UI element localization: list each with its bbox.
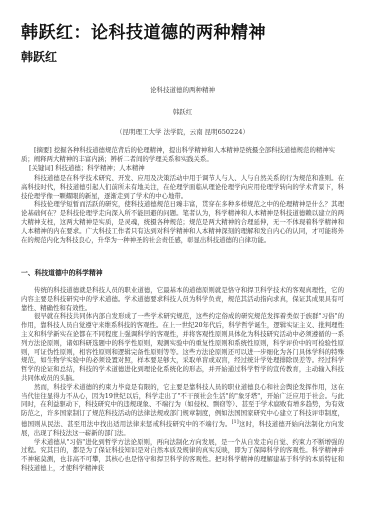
article-affiliation: （昆明理工大学 法学院，云南 昆明650224）: [0, 127, 365, 136]
abstract-label: [摘要]: [34, 146, 52, 154]
abstract-block: [摘要] 挖掘各种科技道德规范背后的伦理精神，提出科学精神和人本精神是统摄全部科…: [21, 146, 344, 172]
section-paragraph: 学术道德从"习俗"进化到哲学方法论原则，再向法制化方向发展，是一个从自发走向自觉…: [21, 438, 344, 473]
page-title: 韩跃红：论科技道德的两种精神: [21, 18, 266, 43]
section-heading: 一、科技道德中的科学精神: [21, 267, 103, 277]
abstract-text: 挖掘各种科技道德规范背后的伦理精神，提出科学精神和人本精神是统摄全部科技道德规范…: [21, 146, 335, 163]
keywords-label: [关键词]: [29, 164, 53, 172]
article-author: 韩跃红: [0, 107, 365, 116]
intro-paragraph: 科技道德是在科学技术研究、开发、应用及决策活动中用于调节人与人、人与自然关系的行…: [21, 174, 344, 200]
section-paragraph: 很早就在科技共同体内部自发形成了一些学术研究规范，这些约定俗成的研究规范发挥着类…: [21, 312, 344, 382]
article-title: 论科技道德的两种精神: [0, 85, 365, 94]
section-paragraph: 传统的科技道德就是科技人员的职业道德，它最基本的道德原则就是恪守和捍卫科学技术的…: [21, 286, 344, 312]
section-paragraph-with-footnote: 然而，科技学术道德的约束力毕竟是有限的，它主要是靠科技人员的职业道德良心和社会舆…: [21, 383, 344, 438]
section-body: 传统的科技道德就是科技人员的职业道德，它最基本的道德原则就是恪守和捍卫科学技术的…: [21, 286, 344, 473]
footnote-reference[interactable]: [1]: [232, 419, 239, 425]
intro-paragraph: 科技伦理学短暂而活跃的研究，使科技道德规范日臻丰富，贯穿在多种多样规范之中的伦理…: [21, 200, 344, 244]
page-author: 韩跃红: [21, 48, 57, 65]
intro-text: 科技道德是在科学技术研究、开发、应用及决策活动中用于调节人与人、人与自然关系的行…: [21, 174, 344, 244]
keywords-text: 科技道德；科学精神；人本精神: [55, 164, 144, 172]
document-page: 韩跃红：论科技道德的两种精神 韩跃红 论科技道德的两种精神 韩跃红 （昆明理工大…: [0, 0, 365, 516]
